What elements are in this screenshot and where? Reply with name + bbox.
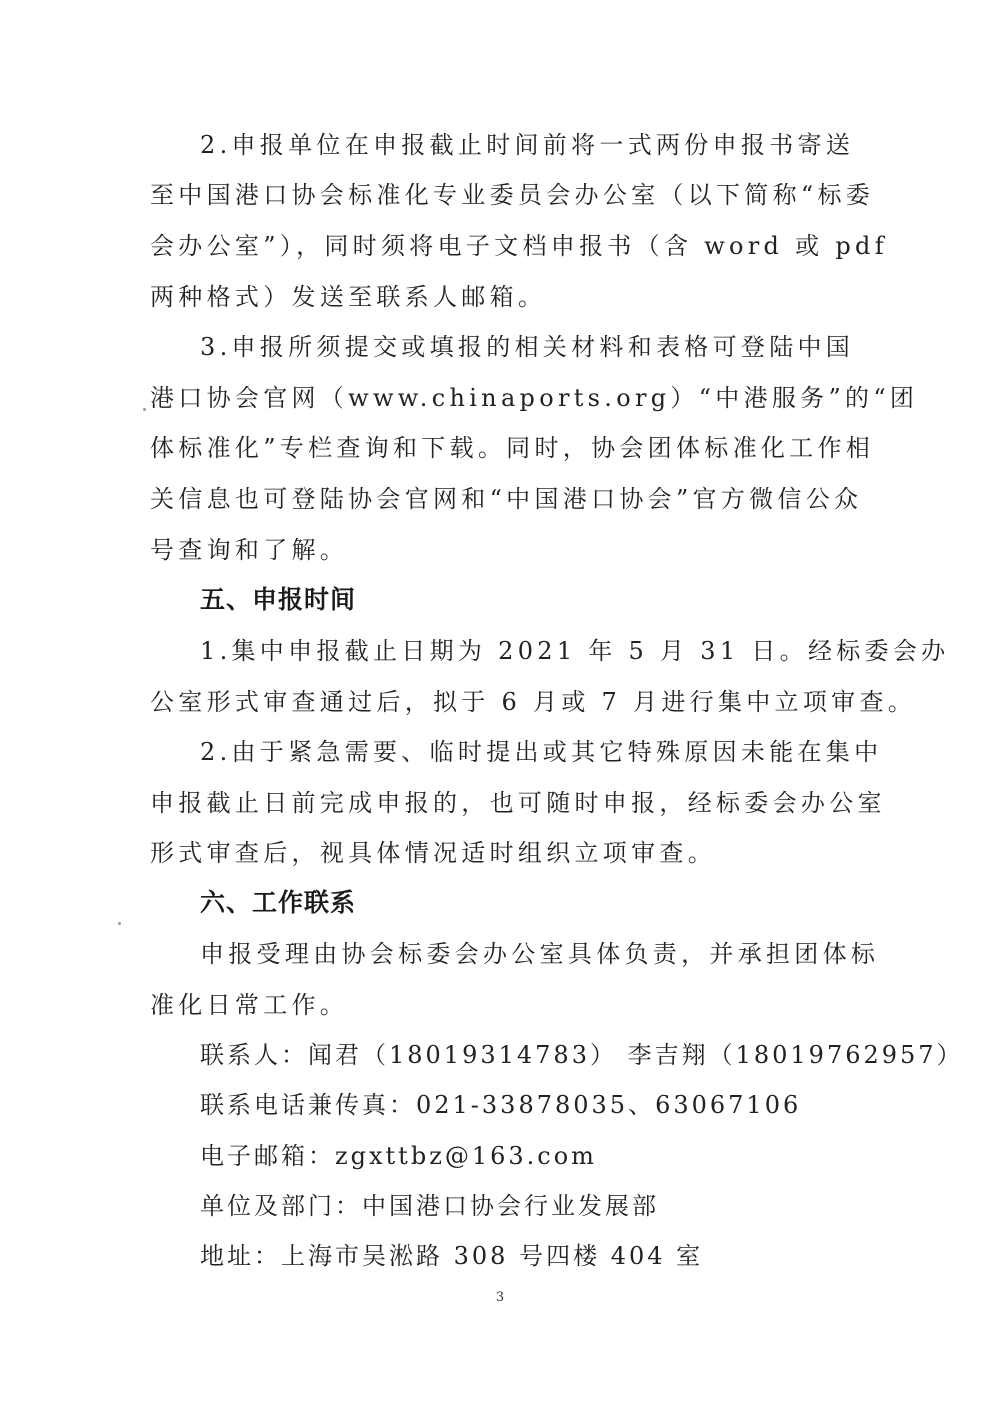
paragraph-line: 2.申报单位在申报截止时间前将一式两份申报书寄送 bbox=[200, 130, 845, 160]
paragraph-line: 会办公室”），同时须将电子文档申报书（含 word 或 pdf bbox=[150, 231, 845, 261]
paragraph-line: 港口协会官网（www.chinaports.org）“中港服务”的“团 bbox=[150, 383, 845, 413]
paragraph-line: 2.由于紧急需要、临时提出或其它特殊原因未能在集中 bbox=[200, 737, 845, 767]
contact-persons: 联系人：闻君（18019314783） 李吉翔（18019762957） bbox=[200, 1040, 964, 1070]
paragraph-line: 两种格式）发送至联系人邮箱。 bbox=[150, 282, 845, 312]
paragraph-line: 体标准化”专栏查询和下载。同时，协会团体标准化工作相 bbox=[150, 433, 845, 463]
section-heading-contact: 六、工作联系 bbox=[200, 888, 356, 918]
contact-phone-fax: 联系电话兼传真：021-33878035、63067106 bbox=[200, 1090, 801, 1120]
contact-email: 电子邮箱：zgxttbz@163.com bbox=[200, 1141, 597, 1171]
paragraph-line: 申报受理由协会标委会办公室具体负责，并承担团体标 bbox=[200, 939, 845, 969]
paragraph-line: 公室形式审查通过后，拟于 6 月或 7 月进行集中立项审查。 bbox=[150, 687, 845, 717]
page-number: 3 bbox=[0, 1290, 1000, 1305]
contact-address: 地址：上海市吴淞路 308 号四楼 404 室 bbox=[200, 1241, 703, 1271]
paragraph-line: 3.申报所须提交或填报的相关材料和表格可登陆中国 bbox=[200, 332, 845, 362]
section-heading-deadline: 五、申报时间 bbox=[200, 585, 356, 615]
paragraph-line: 申报截止日前完成申报的，也可随时申报，经标委会办公室 bbox=[150, 788, 845, 818]
scan-speck bbox=[118, 922, 121, 925]
paragraph-line: 1.集中申报截止日期为 2021 年 5 月 31 日。经标委会办 bbox=[200, 636, 845, 666]
paragraph-line: 形式审查后，视具体情况适时组织立项审查。 bbox=[150, 838, 845, 868]
scan-speck bbox=[143, 408, 146, 411]
paragraph-line: 号查询和了解。 bbox=[150, 535, 845, 565]
document-page: 2.申报单位在申报截止时间前将一式两份申报书寄送 至中国港口协会标准化专业委员会… bbox=[0, 0, 1000, 1412]
contact-department: 单位及部门：中国港口协会行业发展部 bbox=[200, 1191, 659, 1221]
paragraph-line: 至中国港口协会标准化专业委员会办公室（以下简称“标委 bbox=[150, 180, 845, 210]
paragraph-line: 关信息也可登陆协会官网和“中国港口协会”官方微信公众 bbox=[150, 484, 845, 514]
paragraph-line: 准化日常工作。 bbox=[150, 990, 845, 1020]
